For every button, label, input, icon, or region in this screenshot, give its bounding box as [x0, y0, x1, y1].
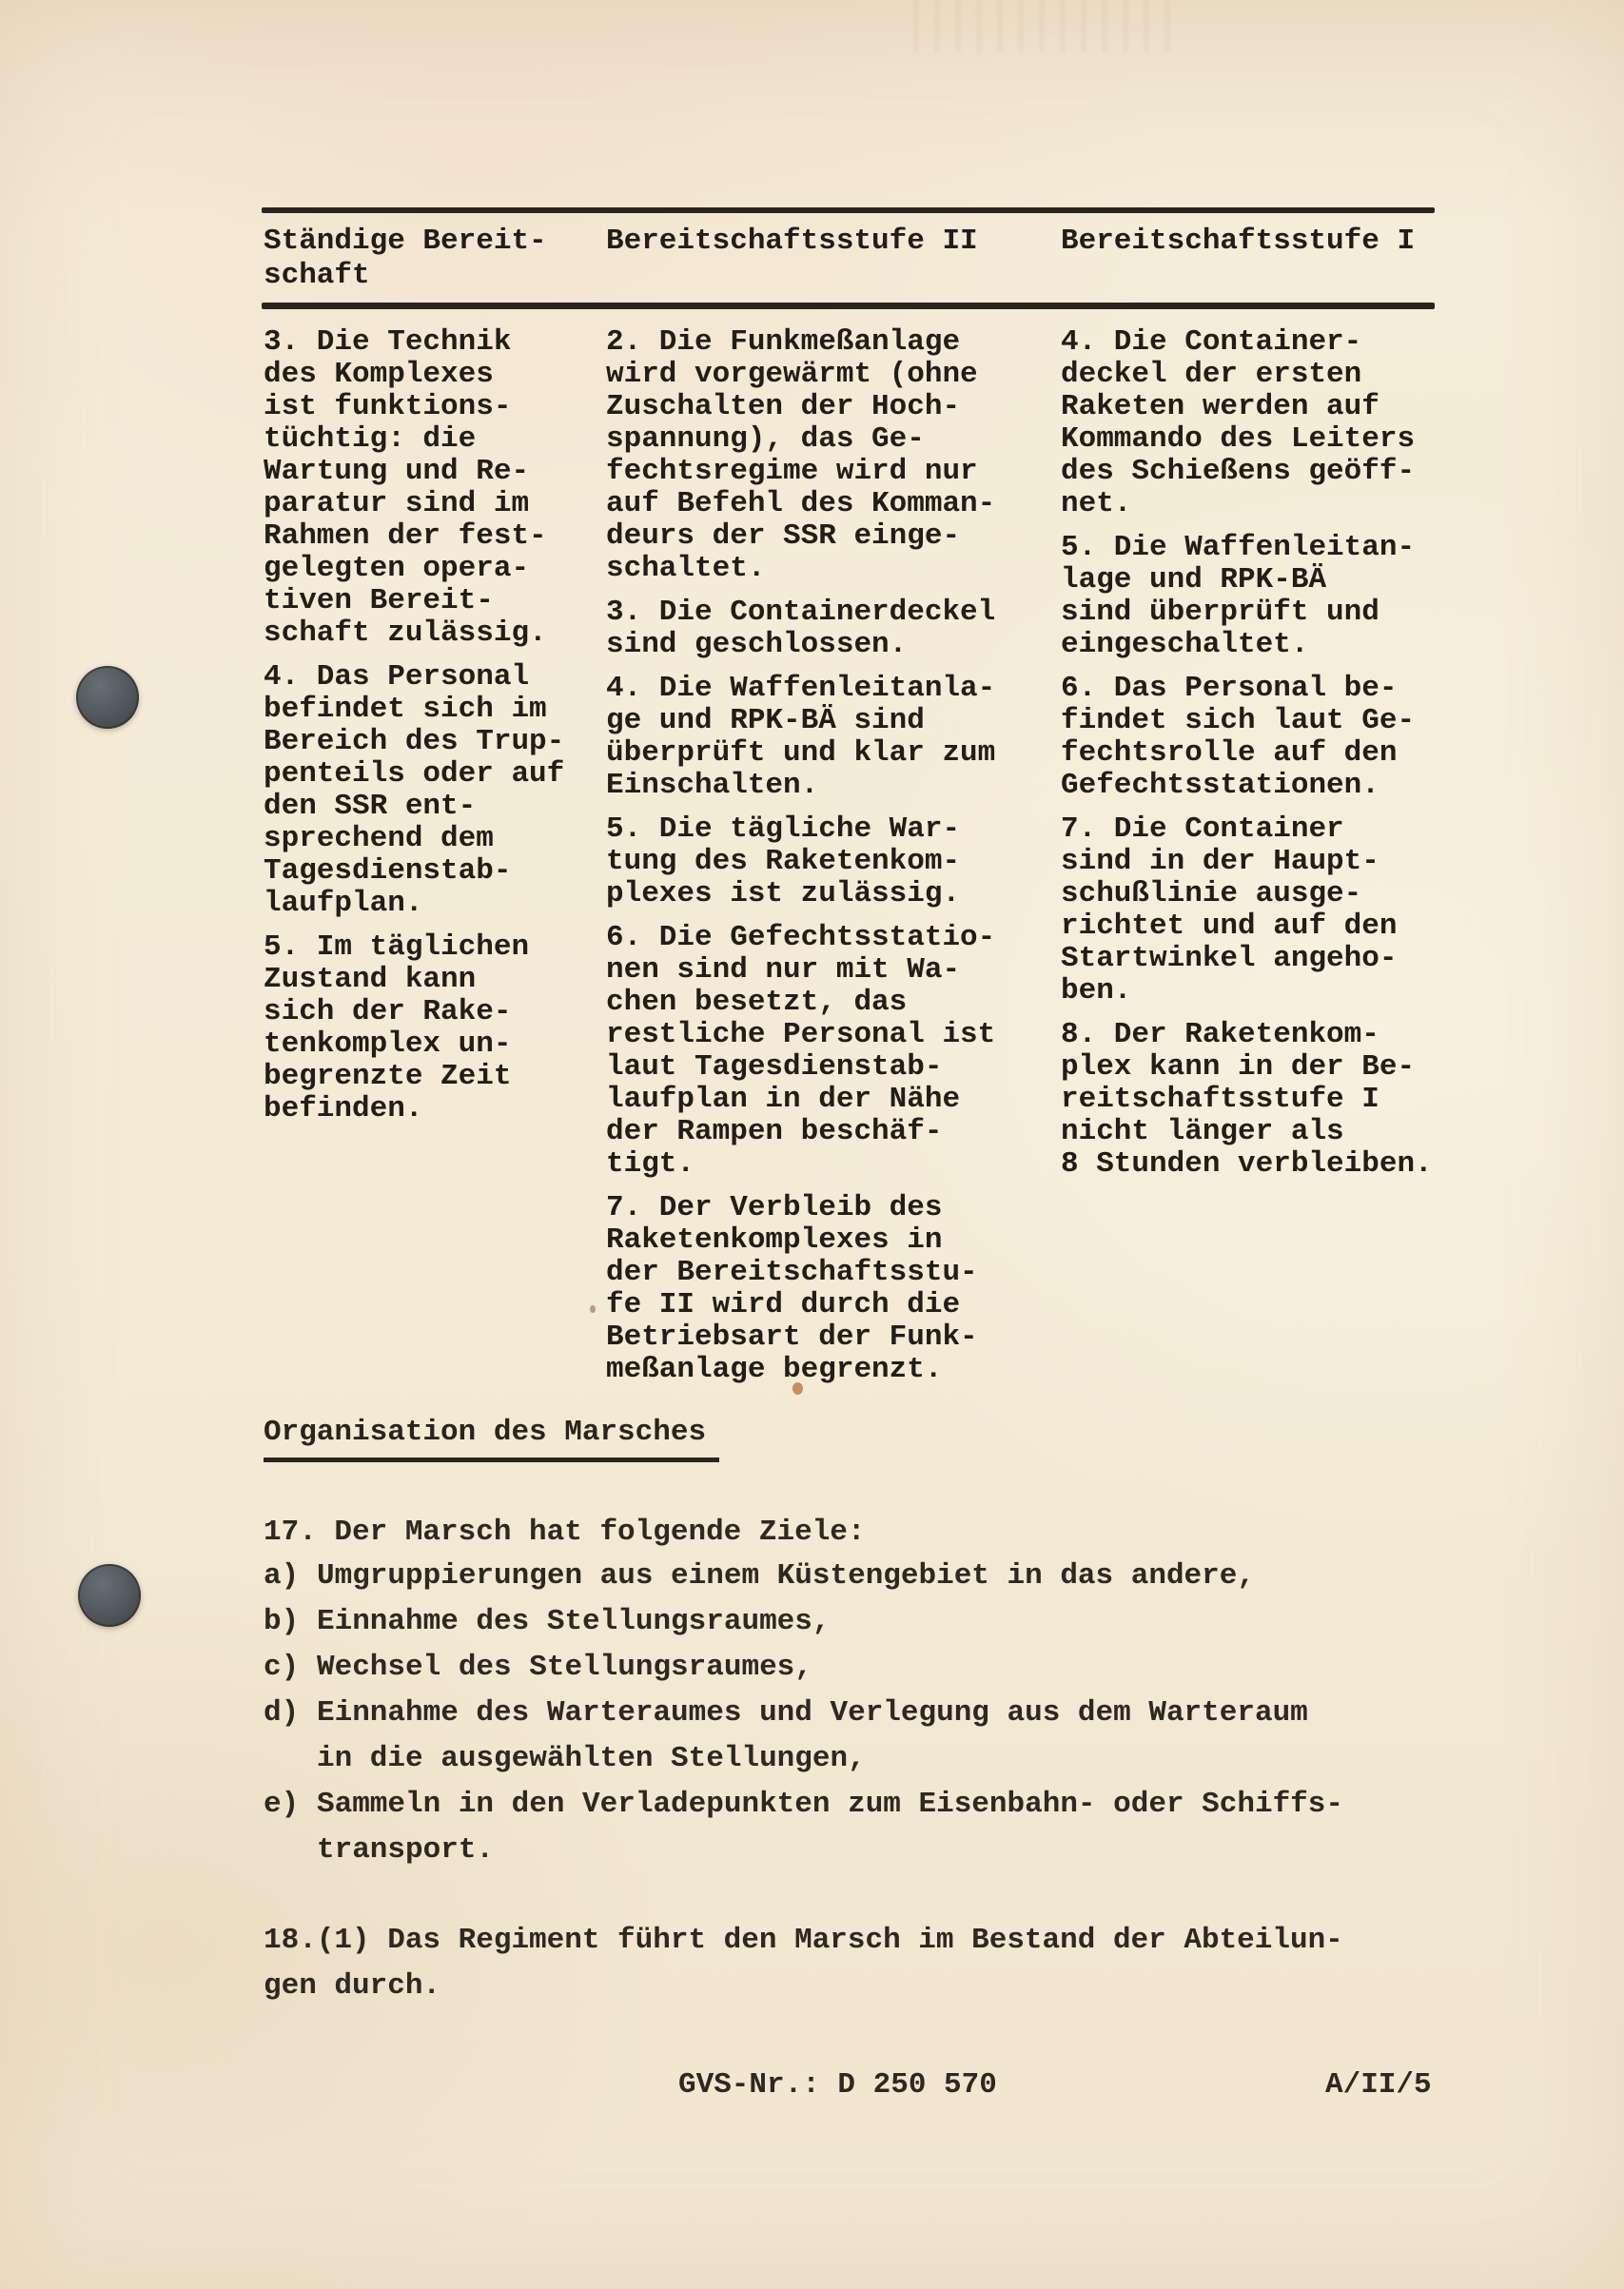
paper-speck — [590, 1305, 596, 1313]
list-item-e: e)Sammeln in den Verladepunkten zum Eise… — [264, 1782, 1343, 1873]
binding-grommet-top — [76, 666, 139, 729]
list-item-text: Wechsel des Stellungsraumes, — [317, 1645, 812, 1691]
table-cell-paragraph: 6. Das Personal be- findet sich laut Ge-… — [1061, 673, 1470, 802]
footer-gvs-number: GVS-Nr.: D 250 570 — [678, 2068, 997, 2102]
list-item-text: Umgruppierungen aus einem Küstengebiet i… — [317, 1554, 1255, 1599]
table-column-staendige-bereitschaft: 3. Die Technik des Komplexes ist funktio… — [264, 326, 597, 1137]
list-marker: c) — [264, 1645, 317, 1691]
list-marker: b) — [264, 1599, 317, 1645]
table-header-rule — [262, 303, 1435, 309]
list-item-text: Sammeln in den Verladepunkten zum Eisenb… — [317, 1782, 1343, 1873]
list-marker: a) — [264, 1554, 317, 1599]
column-header-bereitschaftsstufe-1: Bereitschaftsstufe I — [1061, 225, 1415, 259]
list-item-a: a)Umgruppierungen aus einem Küstengebiet… — [264, 1554, 1255, 1599]
table-top-rule — [262, 207, 1435, 213]
list-item-c: c)Wechsel des Stellungsraumes, — [264, 1645, 812, 1691]
section-heading: Organisation des Marsches — [264, 1416, 719, 1462]
table-cell-paragraph: 6. Die Gefechtsstatio- nen sind nur mit … — [606, 922, 1034, 1181]
column-header-staendige-bereitschaft: Ständige Bereit- schaft — [264, 225, 547, 293]
table-cell-paragraph: 5. Die Waffenleitan- lage und RPK-BÄ sin… — [1061, 532, 1470, 661]
list-item-text: Einnahme des Stellungsraumes, — [317, 1599, 831, 1645]
table-cell-paragraph: 8. Der Raketenkom- plex kann in der Be- … — [1061, 1019, 1470, 1181]
section-intro: 17. Der Marsch hat folgende Ziele: — [264, 1516, 866, 1549]
table-cell-paragraph: 7. Der Verbleib des Raketenkomplexes in … — [606, 1192, 1034, 1386]
binding-grommet-bottom — [78, 1564, 141, 1627]
table-cell-paragraph: 5. Die tägliche War- tung des Raketenkom… — [606, 813, 1034, 910]
footer-page-ref: A/II/5 — [1325, 2068, 1432, 2102]
scan-smudge — [913, 0, 1180, 52]
table-cell-paragraph: 4. Die Container- deckel der ersten Rake… — [1061, 326, 1470, 520]
table-cell-paragraph: 3. Die Technik des Komplexes ist funktio… — [264, 326, 597, 650]
paragraph-18: 18.(1) Das Regiment führt den Marsch im … — [264, 1918, 1343, 2009]
list-marker: d) — [264, 1691, 317, 1736]
table-cell-paragraph: 5. Im täglichen Zustand kann sich der Ra… — [264, 931, 597, 1125]
list-item-text: Einnahme des Warteraumes und Verlegung a… — [317, 1691, 1308, 1782]
table-cell-paragraph: 3. Die Containerdeckel sind geschlossen. — [606, 597, 1034, 661]
list-marker: e) — [264, 1782, 317, 1828]
table-cell-paragraph: 4. Das Personal befindet sich im Bereich… — [264, 661, 597, 920]
table-cell-paragraph: 2. Die Funkmeßanlage wird vorgewärmt (oh… — [606, 326, 1034, 585]
list-item-b: b)Einnahme des Stellungsraumes, — [264, 1599, 831, 1645]
table-column-bereitschaftsstufe-2: 2. Die Funkmeßanlage wird vorgewärmt (oh… — [606, 326, 1034, 1398]
table-cell-paragraph: 7. Die Container sind in der Haupt- schu… — [1061, 813, 1470, 1008]
column-header-bereitschaftsstufe-2: Bereitschaftsstufe II — [606, 225, 978, 259]
document-page: Ständige Bereit- schaft Bereitschaftsstu… — [0, 0, 1624, 2289]
table-column-bereitschaftsstufe-1: 4. Die Container- deckel der ersten Rake… — [1061, 326, 1470, 1192]
table-cell-paragraph: 4. Die Waffenleitanla- ge und RPK-BÄ sin… — [606, 673, 1034, 802]
list-item-d: d)Einnahme des Warteraumes und Verlegung… — [264, 1691, 1308, 1782]
